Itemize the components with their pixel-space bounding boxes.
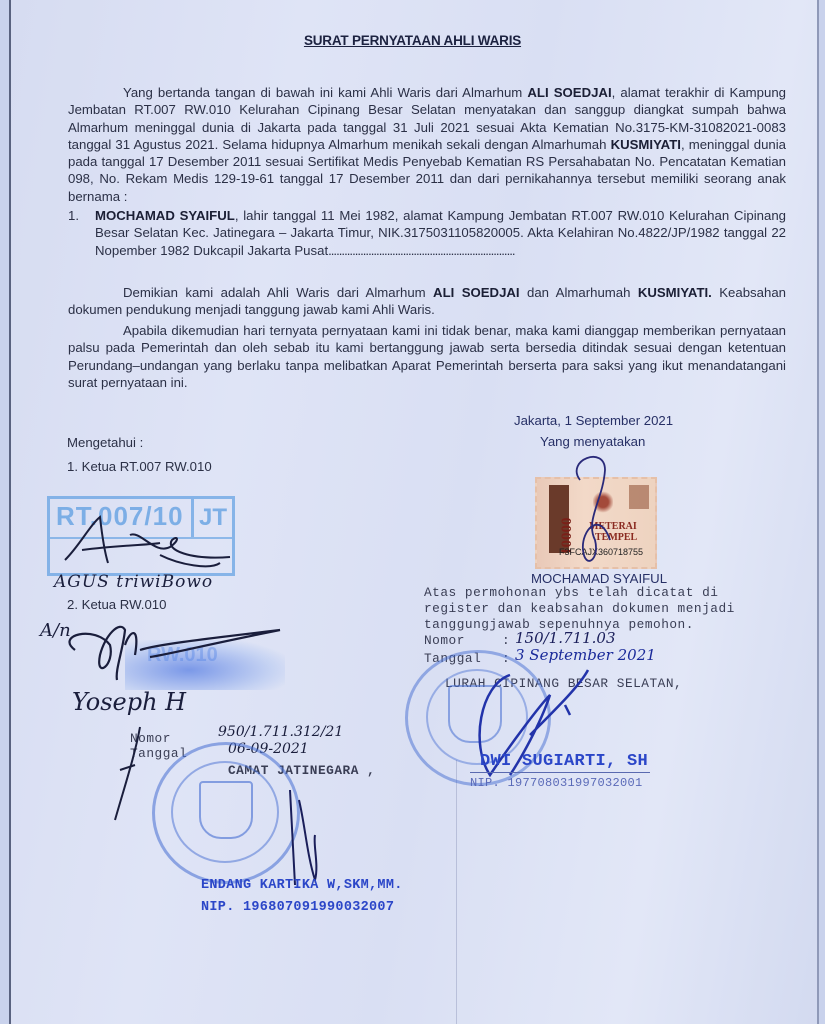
dot-leader: ........................................… [328, 243, 514, 258]
document-title: SURAT PERNYATAAN AHLI WARIS [0, 33, 825, 48]
kelurahan-nomor-value: 150/1.711.03 [515, 629, 615, 647]
spouse-name-2: KUSMIYATI. [638, 285, 712, 300]
paragraph-heir-declaration: Demikian kami adalah Ahli Waris dari Alm… [68, 284, 786, 319]
kelurahan-endorsement-line-2: register dan keabsahan dokumen menjadi [424, 601, 735, 617]
place-date: Jakarta, 1 September 2021 [514, 412, 673, 429]
lurah-nip: NIP. 197708031997032001 [470, 776, 643, 790]
camat-name: ENDANG KARTIKA W,SKM,MM. [201, 878, 403, 893]
witness-2-name: Yoseph H [72, 688, 186, 716]
heir-number: 1. [68, 207, 79, 224]
witness-2-title: 2. Ketua RW.010 [67, 596, 166, 613]
kelurahan-tanggal-value: 3 September 2021 [515, 646, 656, 664]
heir-name: MOCHAMAD SYAIFUL [95, 208, 235, 223]
spouse-name: KUSMIYATI [611, 137, 681, 152]
acknowledged-label: Mengetahui : [67, 434, 143, 451]
lurah-name: DWI SUGIARTI, SH [480, 752, 648, 771]
deceased-name: ALI SOEDJAI [527, 85, 611, 100]
camat-nip: NIP. 196807091990032007 [201, 900, 394, 915]
witness-1-title: 1. Ketua RT.007 RW.010 [67, 458, 212, 475]
witness-2-signature [55, 615, 295, 685]
p2-text-b: dan Almarhumah [520, 285, 638, 300]
paper-crease [456, 760, 457, 1024]
kecamatan-initial-mark [110, 725, 150, 825]
declarant-label: Yang menyatakan [540, 433, 645, 450]
kelurahan-nomor-label: Nomor [424, 633, 465, 649]
paragraph-liability: Apabila dikemudian hari ternyata pernyat… [68, 322, 786, 391]
p1-text-a: Yang bertanda tangan di bawah ini kami A… [123, 85, 527, 100]
p3-text: Apabila dikemudian hari ternyata pernyat… [68, 323, 786, 390]
p2-text-a: Demikian kami adalah Ahli Waris dari Alm… [123, 285, 433, 300]
paragraph-deceased-info: Yang bertanda tangan di bawah ini kami A… [68, 84, 786, 205]
kecamatan-nomor-value: 950/1.711.312/21 [218, 724, 343, 740]
declarant-signature [555, 450, 635, 580]
witness-1-name: AGUS triwiBowo [54, 572, 213, 592]
heir-list-item: 1. MOCHAMAD SYAIFUL, lahir tanggal 11 Me… [68, 207, 786, 259]
kelurahan-endorsement-line-1: Atas permohonan ybs telah dicatat di [424, 585, 718, 601]
witness-1-signature [60, 505, 240, 575]
deceased-name-2: ALI SOEDJAI [433, 285, 520, 300]
jakarta-emblem-icon-2 [199, 781, 253, 839]
kecamatan-seal [152, 742, 300, 884]
